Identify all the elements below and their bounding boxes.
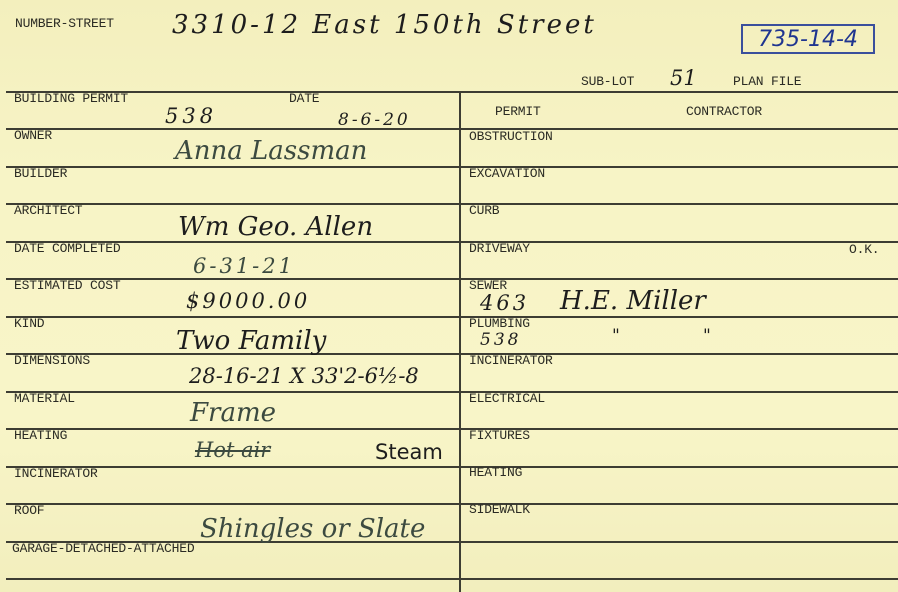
- rule-line: [6, 353, 898, 355]
- material-value: Frame: [190, 398, 276, 428]
- incinerator-label: INCINERATOR: [14, 466, 98, 481]
- rule-line: [6, 428, 898, 430]
- lot-number-box: 735-14-4: [741, 24, 875, 54]
- architect-value: Wm Geo. Allen: [178, 212, 373, 242]
- estimated-cost-label: ESTIMATED COST: [14, 278, 120, 293]
- rule-line: [6, 166, 898, 168]
- sidewalk-label: SIDEWALK: [469, 502, 530, 517]
- dimensions-label: DIMENSIONS: [14, 353, 90, 368]
- rule-line: [6, 503, 898, 505]
- building-permit-label: BUILDING PERMIT: [14, 91, 128, 106]
- plumbing-ditto-1: ": [612, 326, 620, 346]
- sub-lot-label: SUB-LOT: [581, 74, 634, 89]
- driveway-status: O.K.: [849, 242, 879, 257]
- architect-label: ARCHITECT: [14, 203, 82, 218]
- excavation-label: EXCAVATION: [469, 166, 545, 181]
- date-label: DATE: [289, 91, 319, 106]
- plumbing-label: PLUMBING: [469, 316, 530, 331]
- roof-value: Shingles or Slate: [200, 514, 425, 544]
- heating-struck-value: Hot air: [195, 438, 270, 462]
- estimated-cost-value: $9000.00: [186, 289, 310, 313]
- column-divider: [459, 91, 461, 592]
- plumbing-ditto-2: ": [703, 326, 711, 346]
- fixtures-label: FIXTURES: [469, 428, 530, 443]
- rule-line: [6, 241, 898, 243]
- number-street-label: NUMBER-STREET: [15, 16, 114, 31]
- heating-label: HEATING: [14, 428, 67, 443]
- rule-line: [6, 203, 898, 205]
- rule-line: [6, 91, 898, 93]
- rule-line: [6, 578, 898, 580]
- building-permit-index-card: NUMBER-STREET 3310-12 East 150th Street …: [0, 0, 898, 592]
- incinerator-permit-label: INCINERATOR: [469, 353, 553, 368]
- garage-label: GARAGE-DETACHED-ATTACHED: [12, 541, 194, 556]
- rule-line: [6, 466, 898, 468]
- owner-label: OWNER: [14, 128, 52, 143]
- curb-label: CURB: [469, 203, 499, 218]
- dimensions-value: 28-16-21 X 33'2-6½-8: [189, 364, 419, 388]
- obstruction-label: OBSTRUCTION: [469, 129, 553, 144]
- date-completed-value: 6-31-21: [193, 254, 295, 278]
- kind-label: KIND: [14, 316, 44, 331]
- material-label: MATERIAL: [14, 391, 75, 406]
- plan-file-label: PLAN FILE: [733, 74, 801, 89]
- number-street-value: 3310-12 East 150th Street: [172, 10, 597, 40]
- plumbing-permit: 538: [480, 330, 521, 350]
- contractor-column-header: CONTRACTOR: [686, 104, 762, 119]
- rule-line: [6, 128, 898, 130]
- kind-value: Two Family: [176, 326, 326, 356]
- electrical-label: ELECTRICAL: [469, 391, 545, 406]
- rule-line: [6, 316, 898, 318]
- driveway-label: DRIVEWAY: [469, 241, 530, 256]
- owner-value: Anna Lassman: [175, 136, 367, 166]
- permit-column-header: PERMIT: [495, 104, 541, 119]
- sewer-permit: 463: [480, 291, 529, 315]
- sub-lot-value: 51: [670, 66, 697, 90]
- date-value: 8-6-20: [338, 110, 411, 130]
- date-completed-label: DATE COMPLETED: [14, 241, 120, 256]
- rule-line: [6, 391, 898, 393]
- rule-line: [6, 278, 898, 280]
- building-permit-value: 538: [165, 104, 217, 128]
- heating-permit-label: HEATING: [469, 465, 522, 480]
- roof-label: ROOF: [14, 503, 44, 518]
- builder-label: BUILDER: [14, 166, 67, 181]
- sewer-contractor: H.E. Miller: [560, 286, 706, 316]
- heating-value: Steam: [375, 440, 443, 464]
